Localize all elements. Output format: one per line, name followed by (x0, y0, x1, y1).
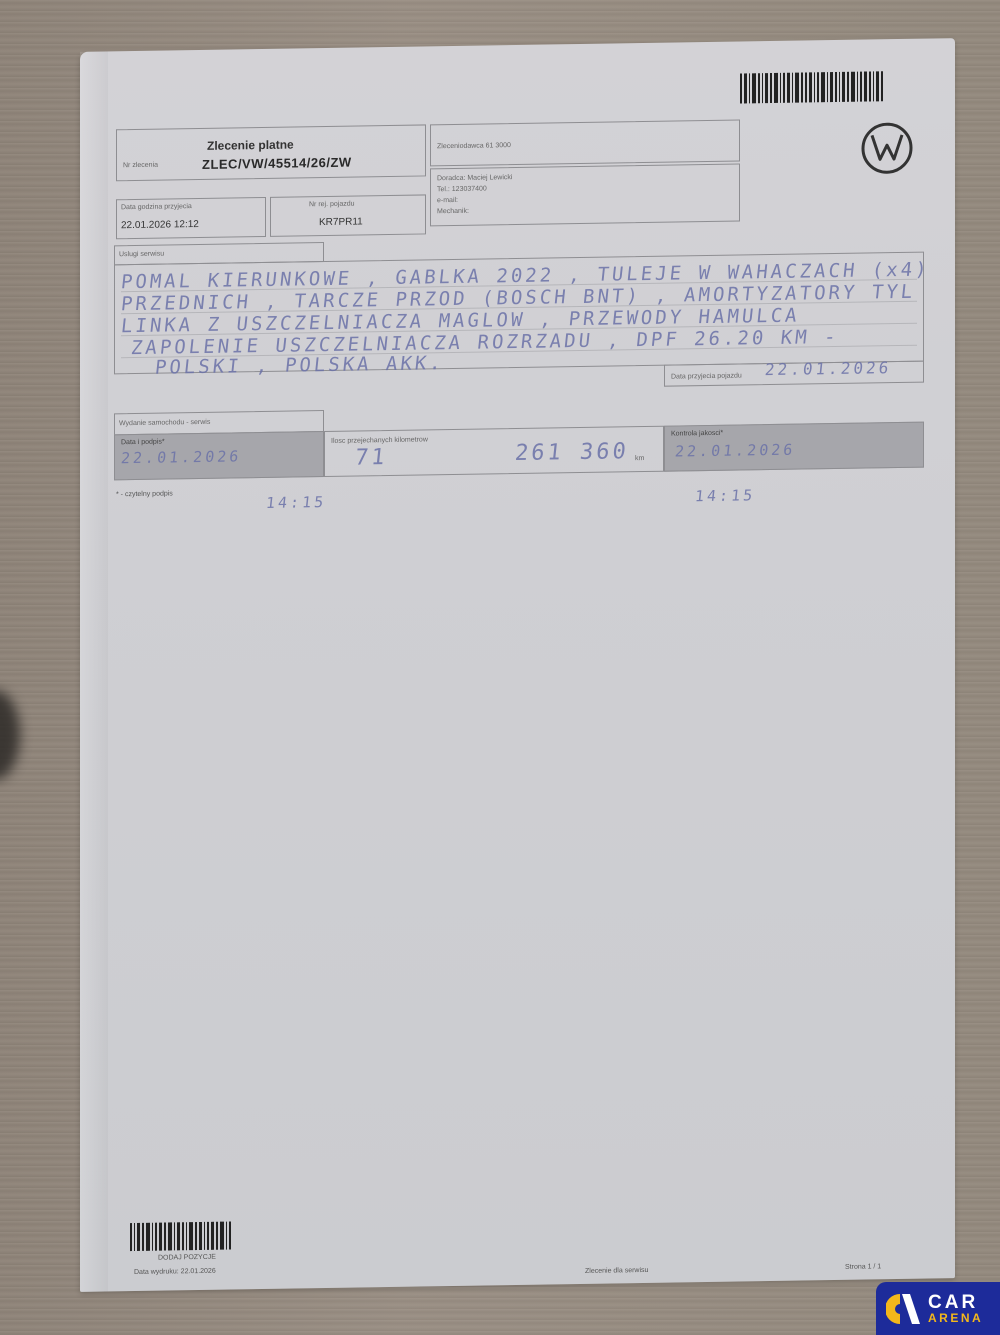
advisor-phone: Tel.: 123037400 (437, 185, 487, 193)
contractor-line: Zleceniodawca 61 3000 (437, 142, 511, 150)
order-number-label: Nr zlecenia (123, 162, 158, 170)
date-box: Data godzina przyjecia 22.01.2026 12:12 (116, 197, 266, 239)
advisor-box: Doradca: Maciej Lewicki Tel.: 123037400 … (430, 164, 740, 227)
vw-logo-icon (860, 121, 914, 176)
barcode-icon (740, 71, 885, 103)
contractor-box: Zleceniodawca 61 3000 (430, 120, 740, 167)
registration-label: Nr rej. pojazdu (309, 201, 355, 209)
release-signature-box: Data i podpis* 22.01.2026 (114, 431, 324, 480)
print-date: Data wydruku: 22.01.2026 (134, 1268, 216, 1276)
copy-label: Zlecenie dla serwisu (585, 1267, 648, 1275)
acceptance-signature: 22.01.2026 (764, 358, 892, 379)
acceptance-date-label: Data przyjecia pojazdu (671, 372, 742, 380)
service-order-document: Zlecenie platne Nr zlecenia ZLEC/VW/4551… (80, 38, 955, 1292)
release-signature-label: Data i podpis* (121, 439, 165, 447)
advisor-name: Doradca: Maciej Lewicki (437, 174, 512, 182)
brand-car: CAR (928, 1293, 983, 1312)
date-label: Data godzina przyjecia (121, 203, 192, 211)
car-arena-logo-icon (886, 1292, 922, 1326)
kilometers-label: Ilosc przejechanych kilometrow (331, 436, 428, 445)
advisor-email: e-mail: (437, 197, 458, 204)
release-label: Wydanie samochodu - serwis (119, 419, 210, 427)
quality-control-box: Kontrola jakosci* 22.01.2026 (664, 422, 924, 472)
page-number: Strona 1 / 1 (845, 1263, 881, 1271)
release-signature-date: 22.01.2026 (120, 447, 242, 467)
registration-value: KR7PR11 (319, 216, 363, 228)
odometer-value: 261 360 (514, 439, 630, 466)
order-header-box: Zlecenie platne Nr zlecenia ZLEC/VW/4551… (116, 124, 426, 181)
acceptance-date-box: Data przyjecia pojazdu 22.01.2026 (664, 361, 924, 387)
car-arena-watermark: CAR ARENA (876, 1282, 1000, 1335)
handwritten-time-left: 14:15 (265, 493, 327, 512)
mechanic-label: Mechanik: (437, 208, 469, 216)
km-unit: km (635, 455, 644, 462)
services-label: Uslugi serwisu (119, 251, 164, 259)
handwritten-service-line: POLSKI , POLSKA AKK. (154, 352, 445, 379)
quality-control-label: Kontrola jakosci* (671, 430, 723, 438)
quality-control-date: 22.01.2026 (674, 441, 796, 461)
footer-barcode-code: DODAJ POZYCJE (158, 1254, 216, 1262)
kilometers-box: Ilosc przejechanych kilometrow 71 261 36… (324, 426, 664, 477)
paper-fold (80, 51, 108, 1291)
services-box: POMAL KIERUNKOWE , GABLKA 2022 , TULEJE … (114, 252, 924, 375)
footnote: * - czytelny podpis (116, 490, 173, 498)
registration-box: Nr rej. pojazdu KR7PR11 (270, 194, 426, 236)
footer-barcode-icon (130, 1221, 233, 1251)
date-value: 22.01.2026 12:12 (121, 219, 199, 231)
background-object (0, 690, 20, 780)
handwritten-time-right: 14:15 (694, 486, 756, 505)
brand-arena: ARENA (928, 1312, 983, 1324)
kilometers-handwritten: 71 (354, 445, 389, 471)
document-type: Zlecenie platne (207, 138, 294, 153)
order-number: ZLEC/VW/45514/26/ZW (202, 155, 352, 172)
